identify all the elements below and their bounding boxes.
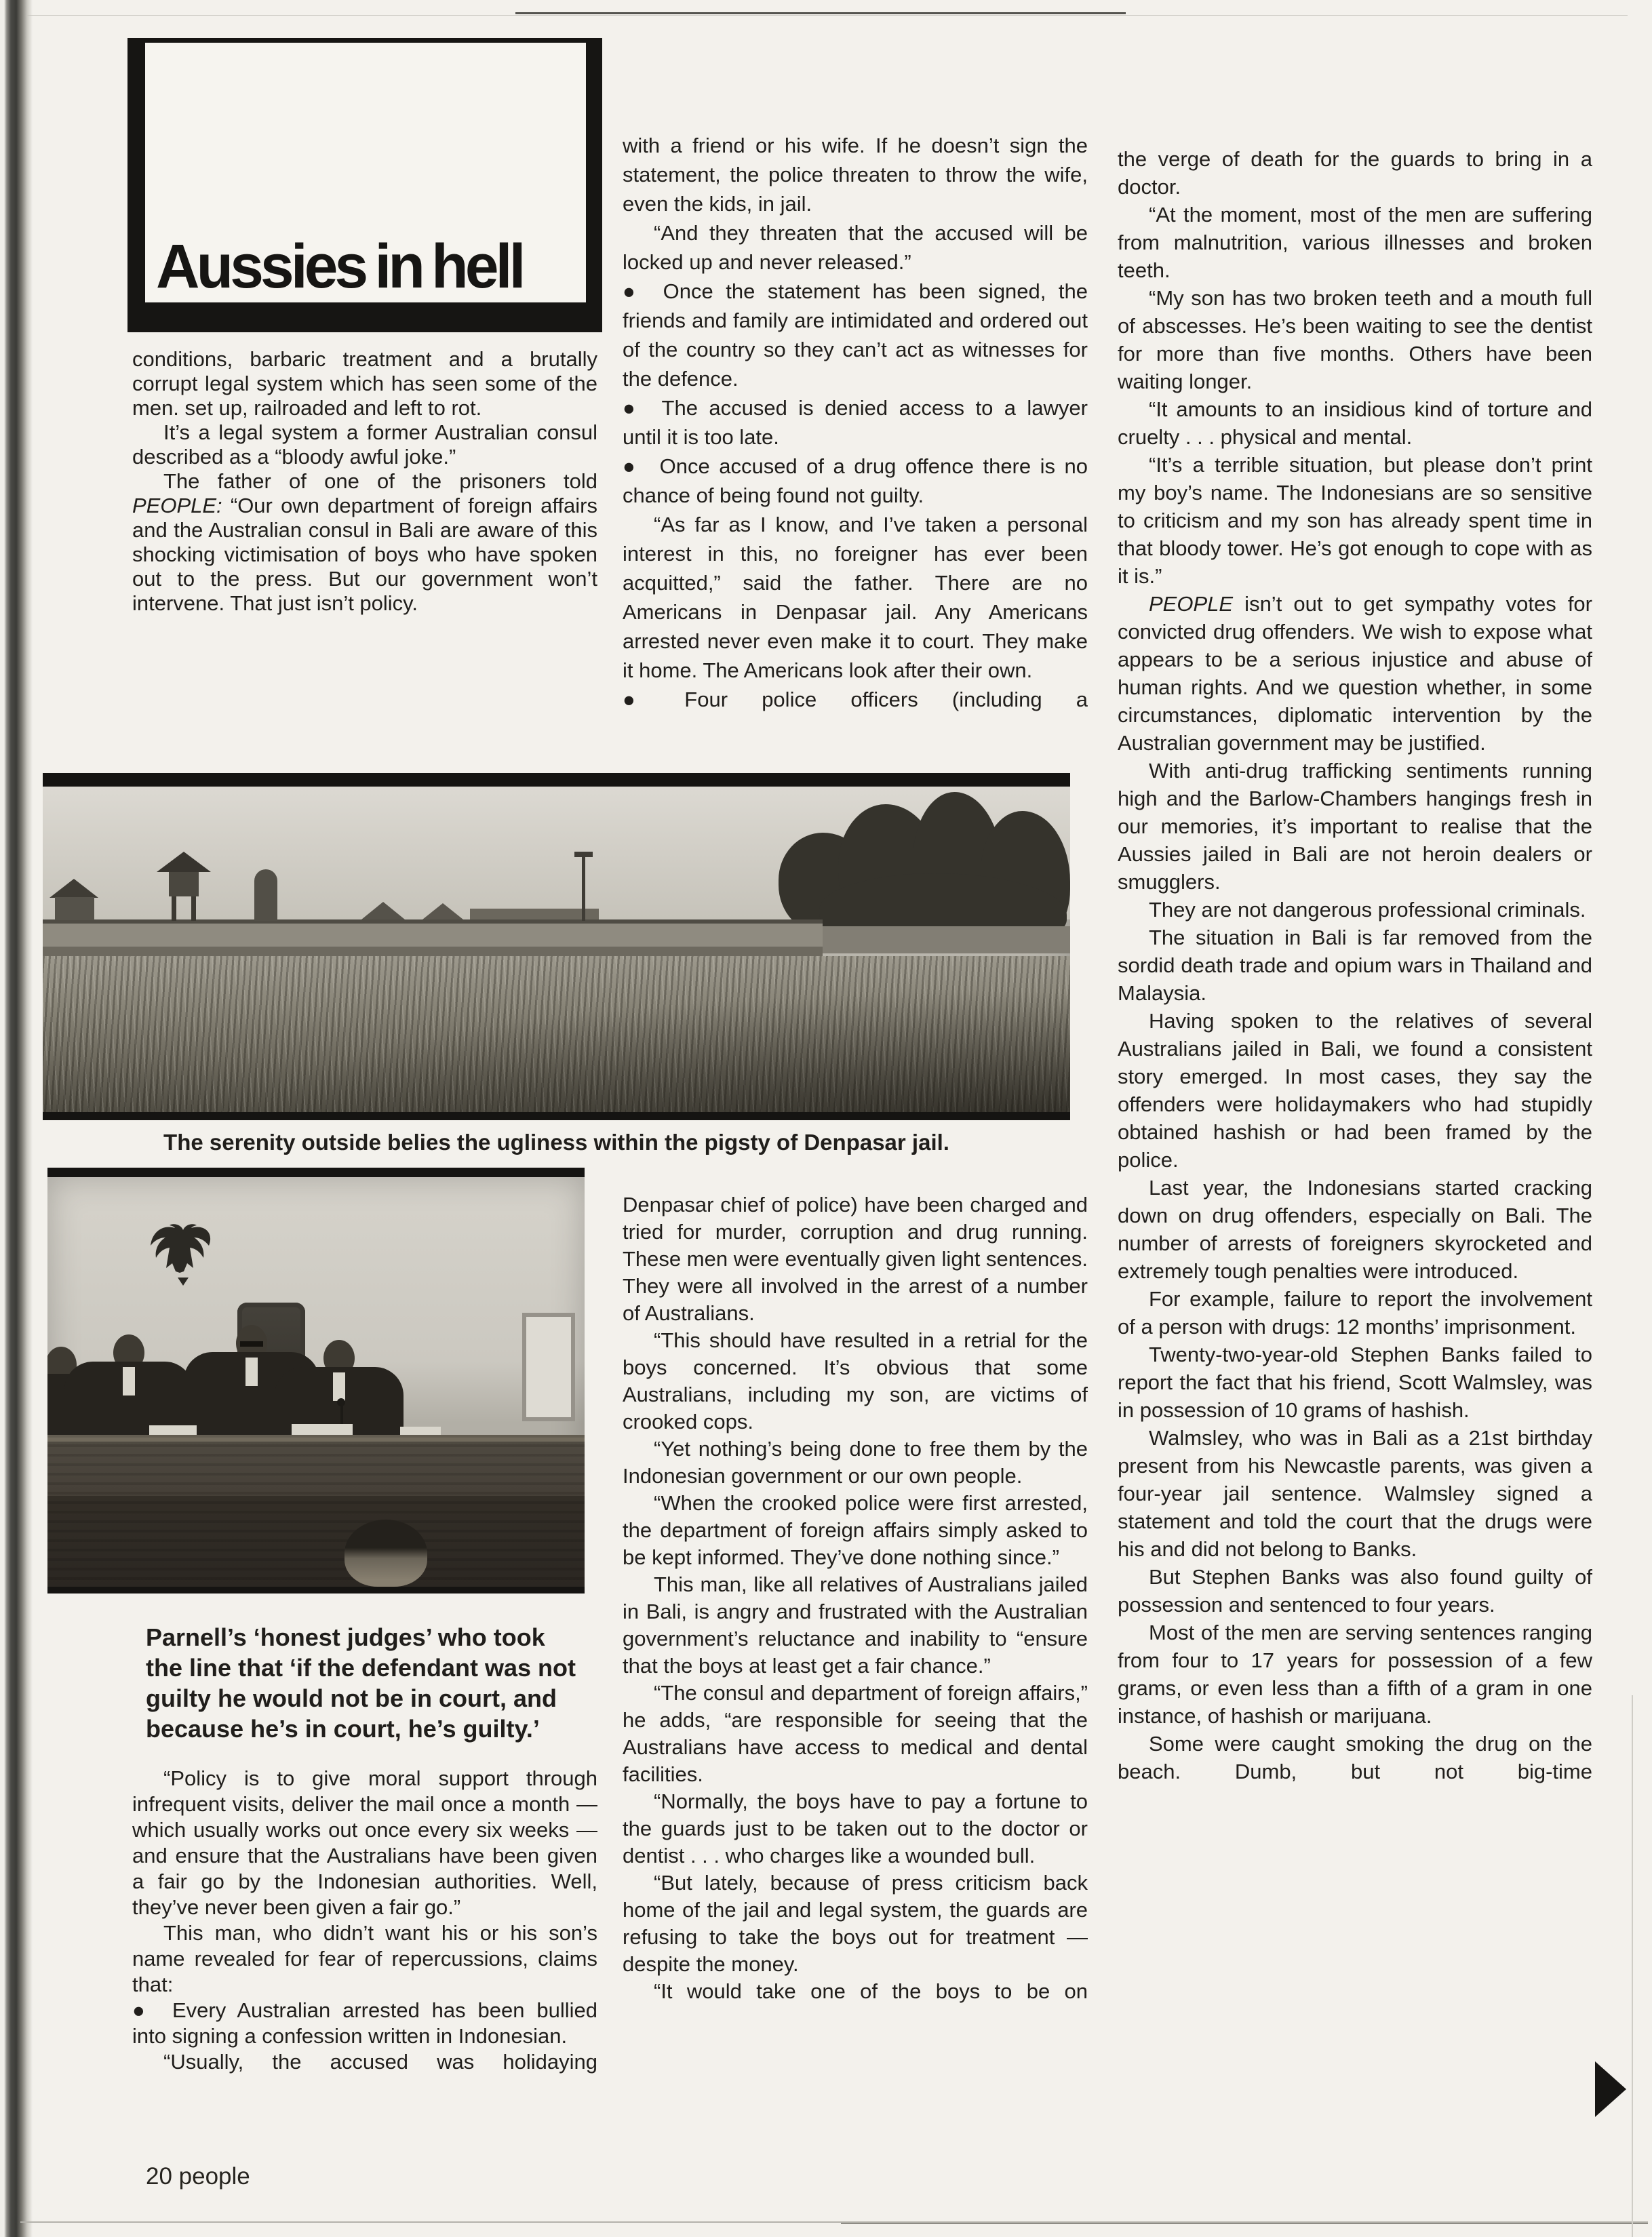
judge-figure <box>61 1334 197 1435</box>
article-paragraph: “Normally, the boys have to pay a fortun… <box>623 1788 1088 1869</box>
scan-right-line <box>1632 1695 1633 2237</box>
article-paragraph: “And they threaten that the accused will… <box>623 218 1088 277</box>
column-middle-top: with a friend or his wife. If he doesn’t… <box>623 131 1088 714</box>
article-paragraph: It’s a legal system a former Australian … <box>132 420 597 469</box>
article-paragraph: For example, failure to report the invol… <box>1118 1285 1592 1341</box>
page-title: Aussies in hell <box>156 231 523 302</box>
judge-figure <box>271 1340 407 1435</box>
lamp-pole-top <box>574 852 593 857</box>
column-left-bottom: “Policy is to give moral support through… <box>132 1766 597 2075</box>
tower <box>254 869 277 921</box>
bench-papers <box>400 1427 441 1435</box>
roof-silhouette <box>422 903 463 919</box>
scan-left-edge <box>0 0 33 2237</box>
article-paragraph: Some were caught smoking the drug on the… <box>1118 1730 1592 1785</box>
article-paragraph: Twenty-two-year-old Stephen Banks failed… <box>1118 1341 1592 1424</box>
article-paragraph: But Stephen Banks was also found guilty … <box>1118 1563 1592 1619</box>
photo1-caption: The serenity outside belies the ugliness… <box>43 1130 1070 1155</box>
article-paragraph: The situation in Bali is far removed fro… <box>1118 924 1592 1007</box>
watchtower-roof <box>157 852 211 872</box>
microphone-tip <box>337 1398 345 1406</box>
article-paragraph: conditions, barbaric treatment and a bru… <box>132 347 597 420</box>
article-paragraph: the verge of death for the guards to bri… <box>1118 145 1592 201</box>
court-bench <box>47 1435 585 1587</box>
bullet-paragraph: ● Once accused of a drug offence there i… <box>623 452 1088 510</box>
article-paragraph: “Usually, the accused was holidaying <box>132 2049 597 2075</box>
article-paragraph: PEOPLE isn’t out to get sympathy votes f… <box>1118 590 1592 757</box>
magazine-name: PEOPLE: <box>132 494 222 517</box>
hut-roof <box>50 879 98 898</box>
article-paragraph: “Policy is to give moral support through… <box>132 1766 597 1920</box>
article-paragraph: Most of the men are serving sentences ra… <box>1118 1619 1592 1730</box>
article-paragraph: This man, like all relatives of Australi… <box>623 1571 1088 1680</box>
jail-exterior-photo <box>43 773 1070 1120</box>
article-paragraph: Walmsley, who was in Bali as a 21st birt… <box>1118 1424 1592 1563</box>
lamp-pole <box>582 854 585 921</box>
headline-box: Aussies in hell <box>127 38 602 332</box>
article-paragraph: “As far as I know, and I’ve taken a pers… <box>623 510 1088 685</box>
page-number: 20 people <box>146 2163 250 2190</box>
column-left-top: conditions, barbaric treatment and a bru… <box>132 347 597 616</box>
glasses <box>240 1341 263 1347</box>
continue-arrow-icon <box>1595 2061 1626 2117</box>
watchtower <box>169 872 199 896</box>
bullet-paragraph: ● Four police officers (including a <box>623 685 1088 714</box>
article-paragraph: “My son has two broken teeth and a mouth… <box>1118 284 1592 395</box>
photo-ground <box>823 926 1070 953</box>
paragraph-rest: isn’t out to get sympathy votes for conv… <box>1118 592 1592 755</box>
scan-top-line-dark <box>515 12 1126 14</box>
watchtower-leg <box>191 896 196 921</box>
bullet-paragraph: ● Every Australian arrested has been bul… <box>132 1998 597 2049</box>
roof-silhouette <box>361 902 405 919</box>
bullet-paragraph: ● Once the statement has been signed, th… <box>623 277 1088 393</box>
column-middle-bottom: Denpasar chief of police) have been char… <box>623 1191 1088 2005</box>
watchtower-leg <box>172 896 176 921</box>
article-paragraph: “Yet nothing’s being done to free them b… <box>623 1436 1088 1490</box>
judge-jabot <box>245 1358 258 1386</box>
judge-jabot <box>123 1367 135 1395</box>
photo2-caption: Parnell’s ‘honest judges’ who took the l… <box>146 1622 585 1744</box>
magazine-page: Aussies in hell conditions, barbaric tre… <box>0 0 1652 2237</box>
article-paragraph: “The consul and department of foreign af… <box>623 1680 1088 1788</box>
judge-jabot <box>333 1372 345 1401</box>
article-paragraph: “When the crooked police were first arre… <box>623 1490 1088 1571</box>
judges-photo <box>47 1168 585 1593</box>
article-paragraph: Having spoken to the relatives of severa… <box>1118 1007 1592 1174</box>
article-paragraph: “It’s a terrible situation, but please d… <box>1118 451 1592 590</box>
column-right: the verge of death for the guards to bri… <box>1118 145 1592 1785</box>
article-paragraph: With anti-drug trafficking sentiments ru… <box>1118 757 1592 896</box>
article-paragraph: “It would take one of the boys to be on <box>623 1978 1088 2005</box>
scan-bottom-line-dark <box>841 2223 1648 2224</box>
article-paragraph: “But lately, because of press criticism … <box>623 1869 1088 1978</box>
bullet-paragraph: ● The accused is denied access to a lawy… <box>623 393 1088 452</box>
jail-wall <box>43 919 823 956</box>
spectator-head <box>345 1520 427 1587</box>
article-paragraph: “This should have resulted in a retrial … <box>623 1327 1088 1436</box>
paragraph-lead: The father of one of the prisoners told <box>163 469 597 493</box>
courtroom-window <box>522 1313 575 1421</box>
magazine-name: PEOPLE <box>1149 592 1233 616</box>
article-paragraph: The father of one of the prisoners told … <box>132 469 597 616</box>
hut <box>55 897 94 920</box>
article-paragraph: “At the moment, most of the men are suff… <box>1118 201 1592 284</box>
article-paragraph: “It amounts to an insidious kind of tort… <box>1118 395 1592 451</box>
bench-papers <box>292 1424 353 1435</box>
article-paragraph: They are not dangerous professional crim… <box>1118 896 1592 924</box>
scan-top-line <box>27 15 1628 16</box>
roof-silhouette <box>470 909 599 919</box>
bench-papers <box>149 1425 197 1435</box>
article-paragraph: Last year, the Indonesians started crack… <box>1118 1174 1592 1285</box>
article-paragraph: with a friend or his wife. If he doesn’t… <box>623 131 1088 218</box>
article-paragraph: This man, who didn’t want his or his son… <box>132 1920 597 1998</box>
garuda-emblem-icon <box>149 1216 217 1291</box>
rice-field <box>43 956 1070 1112</box>
article-paragraph: Denpasar chief of police) have been char… <box>623 1191 1088 1327</box>
